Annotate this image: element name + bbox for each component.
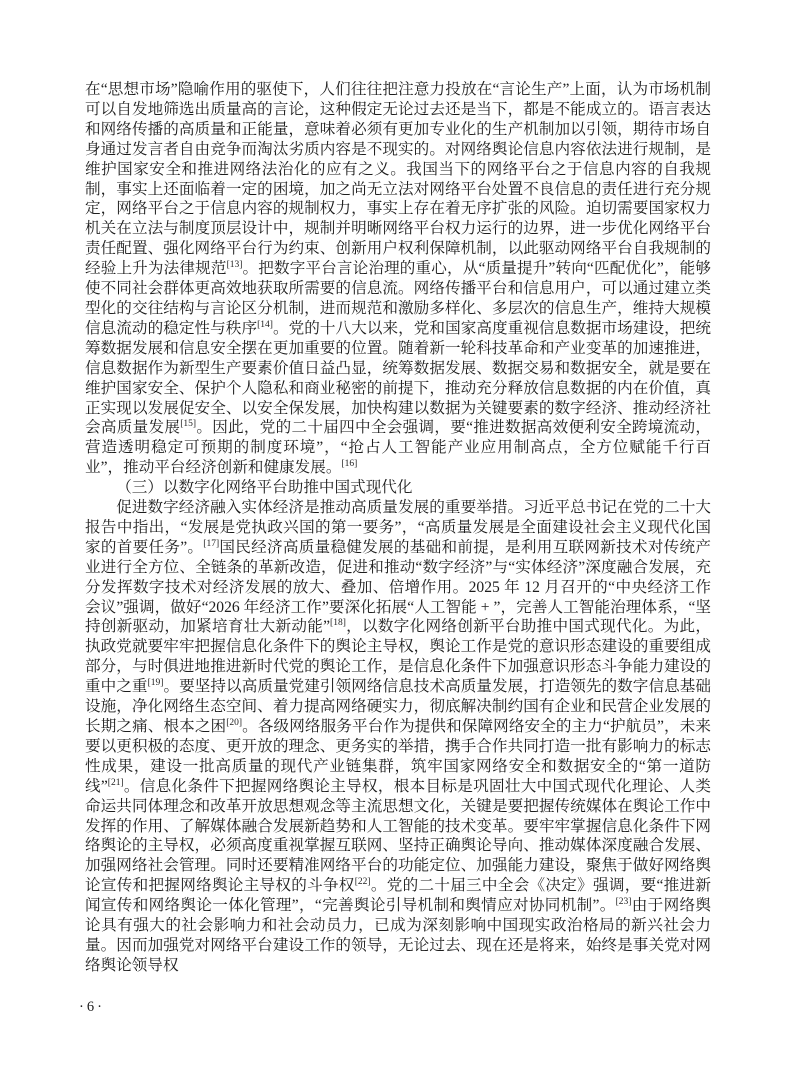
citation-marker: [15] [180, 419, 196, 429]
document-page: 在“思想市场”隐喻作用的驱使下，人们往往把注意力投放在“言论生产”上面，认为市场… [0, 0, 793, 1077]
citation-marker: [17] [203, 539, 219, 549]
section-heading: （三）以数字化网络平台助推中国式现代化 [85, 478, 711, 498]
citation-marker: [21] [108, 778, 124, 788]
citation-marker: [18] [330, 618, 346, 628]
page-number: ·6· [79, 999, 105, 1016]
text-block: 在“思想市场”隐喻作用的驱使下，人们往往把注意力投放在“言论生产”上面，认为市场… [85, 80, 711, 976]
citation-marker: [23] [616, 897, 632, 907]
citation-marker: [19] [148, 678, 164, 688]
citation-marker: [22] [355, 877, 371, 887]
body-paragraph-continuation: 在“思想市场”隐喻作用的驱使下，人们往往把注意力投放在“言论生产”上面，认为市场… [85, 80, 711, 478]
body-paragraph: 促进数字经济融入实体经济是推动高质量发展的重要举措。习近平总书记在党的二十大报告… [85, 498, 711, 976]
citation-marker: [14] [257, 320, 273, 330]
citation-marker: [13] [227, 260, 243, 270]
citation-marker: [20] [226, 718, 242, 728]
citation-marker: [16] [341, 459, 357, 469]
